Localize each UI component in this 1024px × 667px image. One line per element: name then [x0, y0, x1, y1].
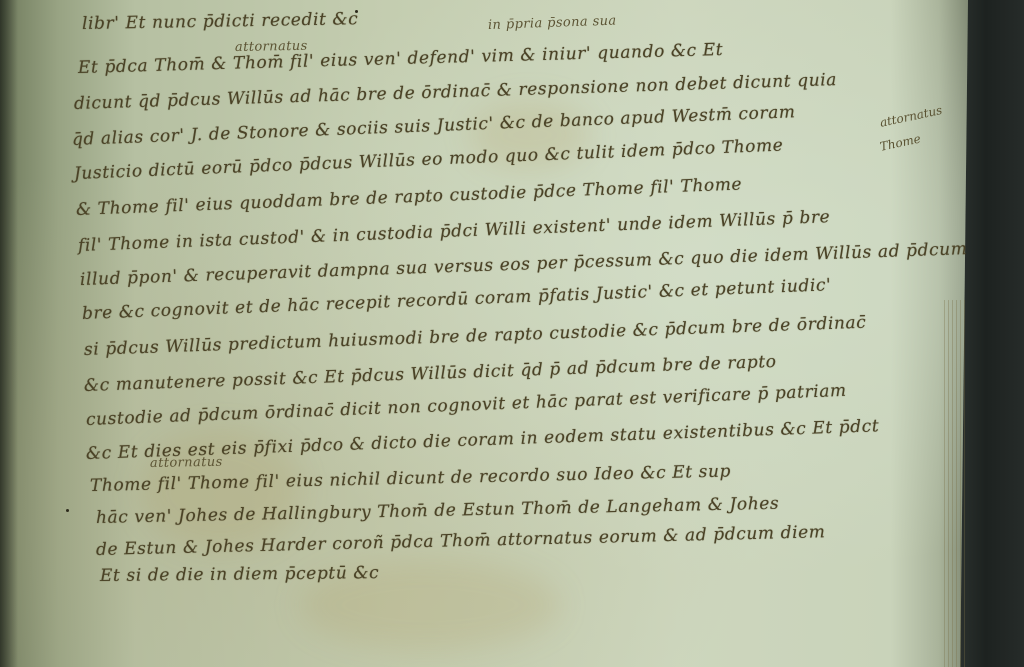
- page-edge-texture: [944, 300, 968, 667]
- dark-backdrop: [960, 0, 1024, 667]
- ink-dot: [355, 10, 358, 13]
- text-line: Et si de die in diem p̄ceptū &c: [100, 563, 379, 586]
- ink-dot: [66, 509, 69, 512]
- binding-shadow: [0, 0, 18, 667]
- manuscript-photograph: attornatus in p̄pria p̄sona sua attornat…: [0, 0, 1024, 667]
